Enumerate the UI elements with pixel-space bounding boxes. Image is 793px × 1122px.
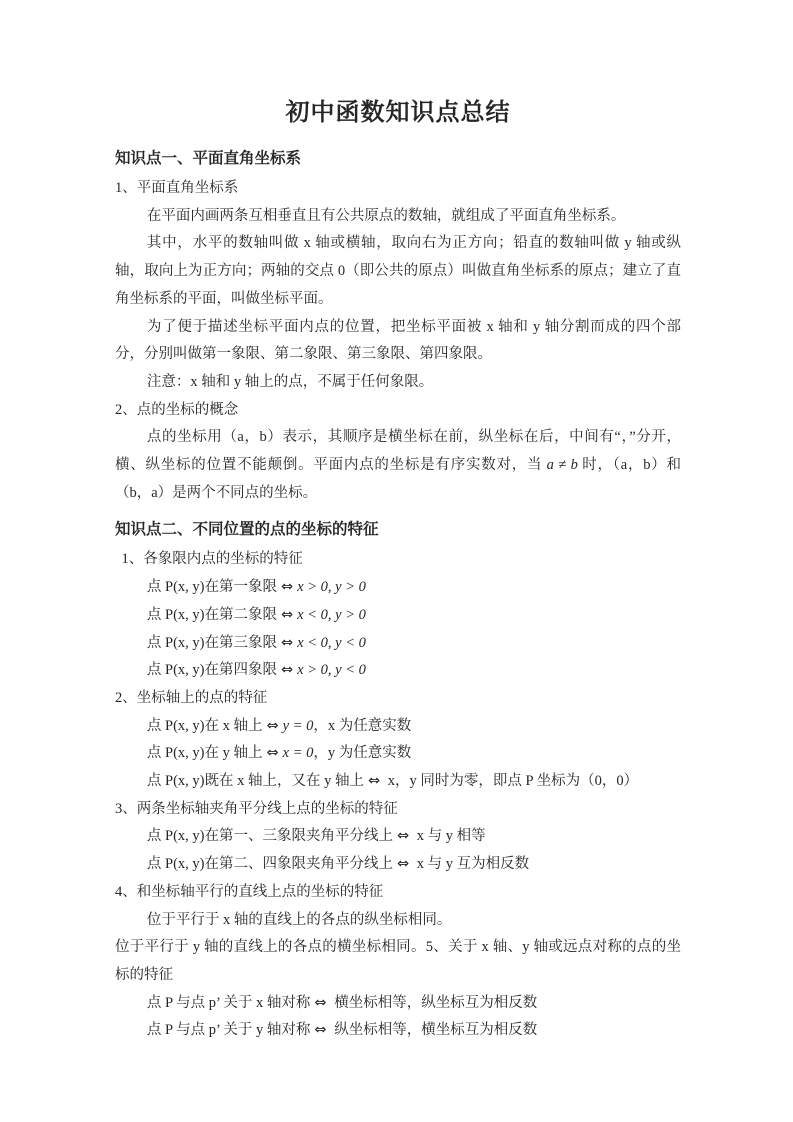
s1-paragraph-1: 在平面内画两条互相垂直且有公共原点的数轴，就组成了平面直角坐标系。 (115, 203, 681, 231)
symmetry-statement-2: 点 P 与点 p’ 关于 y 轴对称⇔ 纵坐标相等，横坐标互为相反数 (115, 1017, 681, 1045)
double-arrow-symbol: ⇔ (310, 1022, 330, 1038)
statement-text: 点 P(x, y)在第一、三象限夹角平分线上 (147, 828, 393, 844)
s1-note: 注意：x 轴和 y 轴上的点，不属于任何象限。 (115, 369, 681, 397)
bisector-statement-2: 点 P(x, y)在第二、四象限夹角平分线上⇔ x 与 y 互为相反数 (115, 851, 681, 879)
document-title: 初中函数知识点总结 (115, 96, 681, 129)
s2-item-4: 4、和坐标轴平行的直线上点的坐标的特征 (115, 879, 681, 907)
statement-text: ，y 为任意实数 (313, 745, 411, 761)
statement-text: 点 P(x, y)在第二、四象限夹角平分线上 (147, 856, 393, 872)
statement-text: 点 P 与点 p’ 关于 y 轴对称 (147, 1022, 311, 1038)
document-content: 初中函数知识点总结 知识点一、平面直角坐标系 1、平面直角坐标系 在平面内画两条… (115, 96, 681, 1045)
s2-item-2: 2、坐标轴上的点的特征 (115, 685, 681, 713)
document-page: 初中函数知识点总结 知识点一、平面直角坐标系 1、平面直角坐标系 在平面内画两条… (0, 0, 793, 1122)
math-expression: x < 0, y < 0 (297, 635, 366, 651)
bisector-statement-1: 点 P(x, y)在第一、三象限夹角平分线上⇔ x 与 y 相等 (115, 823, 681, 851)
double-arrow-symbol: ⇔ (277, 579, 297, 595)
s2-item-3: 3、两条坐标轴夹角平分线上点的坐标的特征 (115, 796, 681, 824)
statement-text: 纵坐标相等，横坐标互为相反数 (331, 1022, 538, 1038)
math-expression: x > 0, y > 0 (297, 579, 366, 595)
double-arrow-symbol: ⇔ (277, 635, 297, 651)
statement-text: 点 P(x, y)在 x 轴上 (147, 718, 263, 734)
quadrant-statement-2: 点 P(x, y)在第二象限⇔x < 0, y > 0 (115, 602, 681, 630)
symmetry-statement-1: 点 P 与点 p’ 关于 x 轴对称⇔ 横坐标相等，纵坐标互为相反数 (115, 990, 681, 1018)
knowledge-point-2-heading: 知识点二、不同位置的点的坐标的特征 (115, 519, 681, 541)
quadrant-statement-1: 点 P(x, y)在第一象限⇔x > 0, y > 0 (115, 574, 681, 602)
statement-text: 点 P(x, y)在第四象限 (147, 662, 277, 678)
double-arrow-symbol: ⇔ (277, 662, 297, 678)
parallel-y-statement: 位于平行于 y 轴的直线上的各点的横坐标相同。5、关于 x 轴、y 轴或远点对称… (115, 934, 681, 989)
s1-item-2: 2、点的坐标的概念 (115, 397, 681, 425)
axis-statement-3: 点 P(x, y)既在 x 轴上，又在 y 轴上⇔ x，y 同时为零，即点 P … (115, 768, 681, 796)
statement-text: 点 P(x, y)既在 x 轴上，又在 y 轴上 (147, 773, 364, 789)
math-expression: a ≠ b (547, 457, 578, 473)
s2-item-1: 1、各象限内点的坐标的特征 (115, 546, 681, 574)
s1-paragraph-4: 点的坐标用（a，b）表示，其顺序是横坐标在前，纵坐标在后，中间有“，”分开，横、… (115, 424, 681, 507)
axis-statement-2: 点 P(x, y)在 y 轴上⇔x = 0，y 为任意实数 (115, 740, 681, 768)
math-expression: x > 0, y < 0 (297, 662, 366, 678)
math-expression: x < 0, y > 0 (297, 607, 366, 623)
axis-statement-1: 点 P(x, y)在 x 轴上⇔y = 0，x 为任意实数 (115, 713, 681, 741)
statement-text: x 与 y 互为相反数 (413, 856, 529, 872)
statement-text: 横坐标相等，纵坐标互为相反数 (331, 995, 538, 1011)
double-arrow-symbol: ⇔ (310, 995, 330, 1011)
quadrant-statement-3: 点 P(x, y)在第三象限⇔x < 0, y < 0 (115, 630, 681, 658)
knowledge-point-1-heading: 知识点一、平面直角坐标系 (115, 148, 681, 170)
s1-paragraph-3: 为了便于描述坐标平面内点的位置，把坐标平面被 x 轴和 y 轴分割而成的四个部分… (115, 314, 681, 369)
double-arrow-symbol: ⇔ (393, 856, 413, 872)
quadrant-statement-4: 点 P(x, y)在第四象限⇔x > 0, y < 0 (115, 657, 681, 685)
math-expression: x = 0 (283, 745, 314, 761)
double-arrow-symbol: ⇔ (263, 718, 283, 734)
statement-text: 点 P(x, y)在第三象限 (147, 635, 277, 651)
statement-text: 点 P 与点 p’ 关于 x 轴对称 (147, 995, 311, 1011)
s1-paragraph-2: 其中，水平的数轴叫做 x 轴或横轴，取向右为正方向；铅直的数轴叫做 y 轴或纵轴… (115, 230, 681, 313)
double-arrow-symbol: ⇔ (277, 607, 297, 623)
statement-text: 点 P(x, y)在第一象限 (147, 579, 277, 595)
double-arrow-symbol: ⇔ (263, 745, 283, 761)
statement-text: x 与 y 相等 (413, 828, 486, 844)
statement-text: x，y 同时为零，即点 P 坐标为（0，0） (384, 773, 638, 789)
statement-text: 点 P(x, y)在 y 轴上 (147, 745, 263, 761)
s1-item-1: 1、平面直角坐标系 (115, 175, 681, 203)
parallel-x-statement: 位于平行于 x 轴的直线上的各点的纵坐标相同。 (115, 907, 681, 935)
statement-text: ，x 为任意实数 (313, 718, 411, 734)
statement-text: 点 P(x, y)在第二象限 (147, 607, 277, 623)
math-expression: y = 0 (283, 718, 314, 734)
double-arrow-symbol: ⇔ (364, 773, 384, 789)
double-arrow-symbol: ⇔ (393, 828, 413, 844)
